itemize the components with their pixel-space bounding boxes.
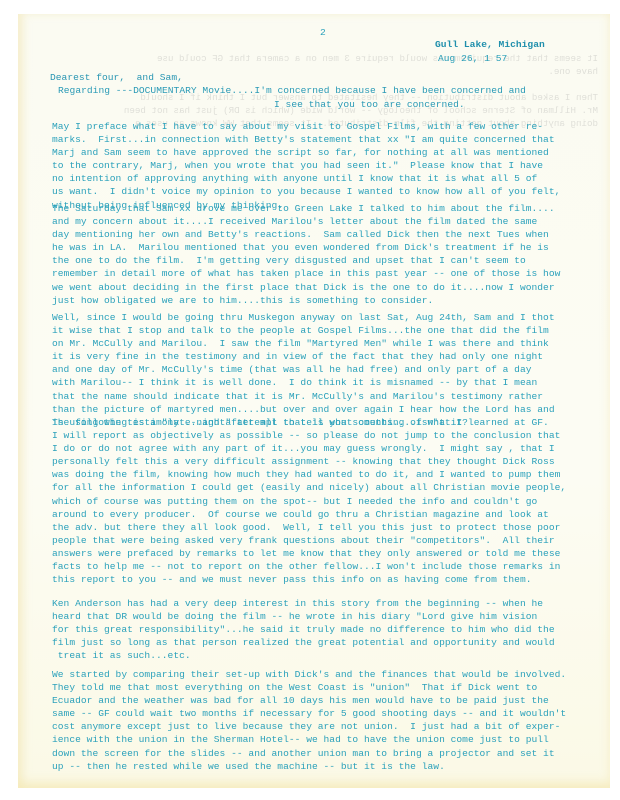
text-line: film just so long as that person realize… [52,636,555,649]
text-line: day mentioning her own and Betty's react… [52,228,560,241]
text-line: May I preface what I have to say about m… [52,120,560,133]
text-line: we went about deciding in the first plac… [52,281,560,294]
regarding-line-continued: I see that you too are concerned. [274,98,465,111]
text-line: Marj and Sam seem to have approved the s… [52,146,560,159]
text-line: no intention of approving anything with … [52,172,560,185]
text-line: We started by comparing their set-up wit… [52,668,566,681]
page-number: 2 [320,26,326,39]
text-line: and my concern about it....I received Ma… [52,215,560,228]
text-line: Ken Anderson has had a very deep interes… [52,597,555,610]
text-line: facts to help me -- not to report on the… [52,560,566,573]
text-line: same -- GF could wait two months if nece… [52,707,566,720]
text-line: remember in detail more of what has take… [52,267,560,280]
text-line: The following is a "late-night" attempt … [52,416,566,429]
text-line: to the contrary, Marj, when you wrote th… [52,159,560,172]
paragraph-ken-anderson: Ken Anderson has had a very deep interes… [52,597,555,662]
text-line: on Mr. McCully and Marilou. I saw the fi… [52,337,555,350]
text-line: just how obligated we are to him....this… [52,294,560,307]
text-line: ience with the union in the Sherman Hote… [52,733,566,746]
text-line: for all the information I could get (eas… [52,481,566,494]
text-line: down the screen for the slides -- and an… [52,747,566,760]
paragraph-preface: May I preface what I have to say about m… [52,120,560,212]
text-line: The Saturday that Sam xx drove me over t… [52,202,560,215]
paragraph-union-comparison: We started by comparing their set-up wit… [52,668,566,773]
text-line: around to every producer. Of course we c… [52,508,566,521]
text-line: which of course was putting them on the … [52,495,566,508]
paragraph-late-night-report: The following is a "late-night" attempt … [52,416,566,586]
text-line: the adv. but there they all look good. W… [52,521,566,534]
text-line: it wise that I stop and talk to the peop… [52,324,555,337]
text-line: I do or do not agree with any part of it… [52,442,566,455]
text-line: marks. First...in connection with Betty'… [52,133,560,146]
text-line: answers were prefaced by remarks to let … [52,547,566,560]
text-line: the one to do the film. I'm getting very… [52,254,560,267]
paragraph-saturday: The Saturday that Sam xx drove me over t… [52,202,560,307]
text-line: than the picture of martyred men....but … [52,403,555,416]
text-line: personally felt this a very difficult as… [52,455,566,468]
text-line: it is very fine in the testimony and in … [52,350,555,363]
text-line: and one day of Mr. McCully's time (that … [52,363,555,376]
text-line: people that were being asked very frank … [52,534,566,547]
paragraph-muskegon-visit: Well, since I would be going thru Muskeg… [52,311,555,429]
letter-date: Aug 26, 1 57 [438,52,507,65]
text-line: Ecuador and the weather was bad for all … [52,694,566,707]
regarding-line: Regarding ---DOCUMENTARY Movie....I'm co… [58,84,526,97]
text-line: up -- then he rested while we used the m… [52,760,566,773]
text-line: cost anymore except just to live because… [52,720,566,733]
salutation: Dearest four, and Sam, [50,71,183,84]
text-line: this report to you -- and we must never … [52,573,566,586]
text-line: heard that DR would be doing the film --… [52,610,555,623]
text-line: was doing the film, knowing how much the… [52,468,566,481]
text-line: treat it as such...etc. [52,649,555,662]
text-line: for this great responsibility"...he said… [52,623,555,636]
text-line: They told me that most everything on the… [52,681,566,694]
text-line: Well, since I would be going thru Muskeg… [52,311,555,324]
text-line: he was in LA. Marilou mentioned that you… [52,241,560,254]
text-line: that the name should indicate that it is… [52,390,555,403]
text-line: with Marilou-- I think it is well done. … [52,376,555,389]
letter-place: Gull Lake, Michigan [435,38,545,51]
text-line: I will report as objectively as possible… [52,429,566,442]
text-line: us want. I didn't voice my opinion to yo… [52,185,560,198]
